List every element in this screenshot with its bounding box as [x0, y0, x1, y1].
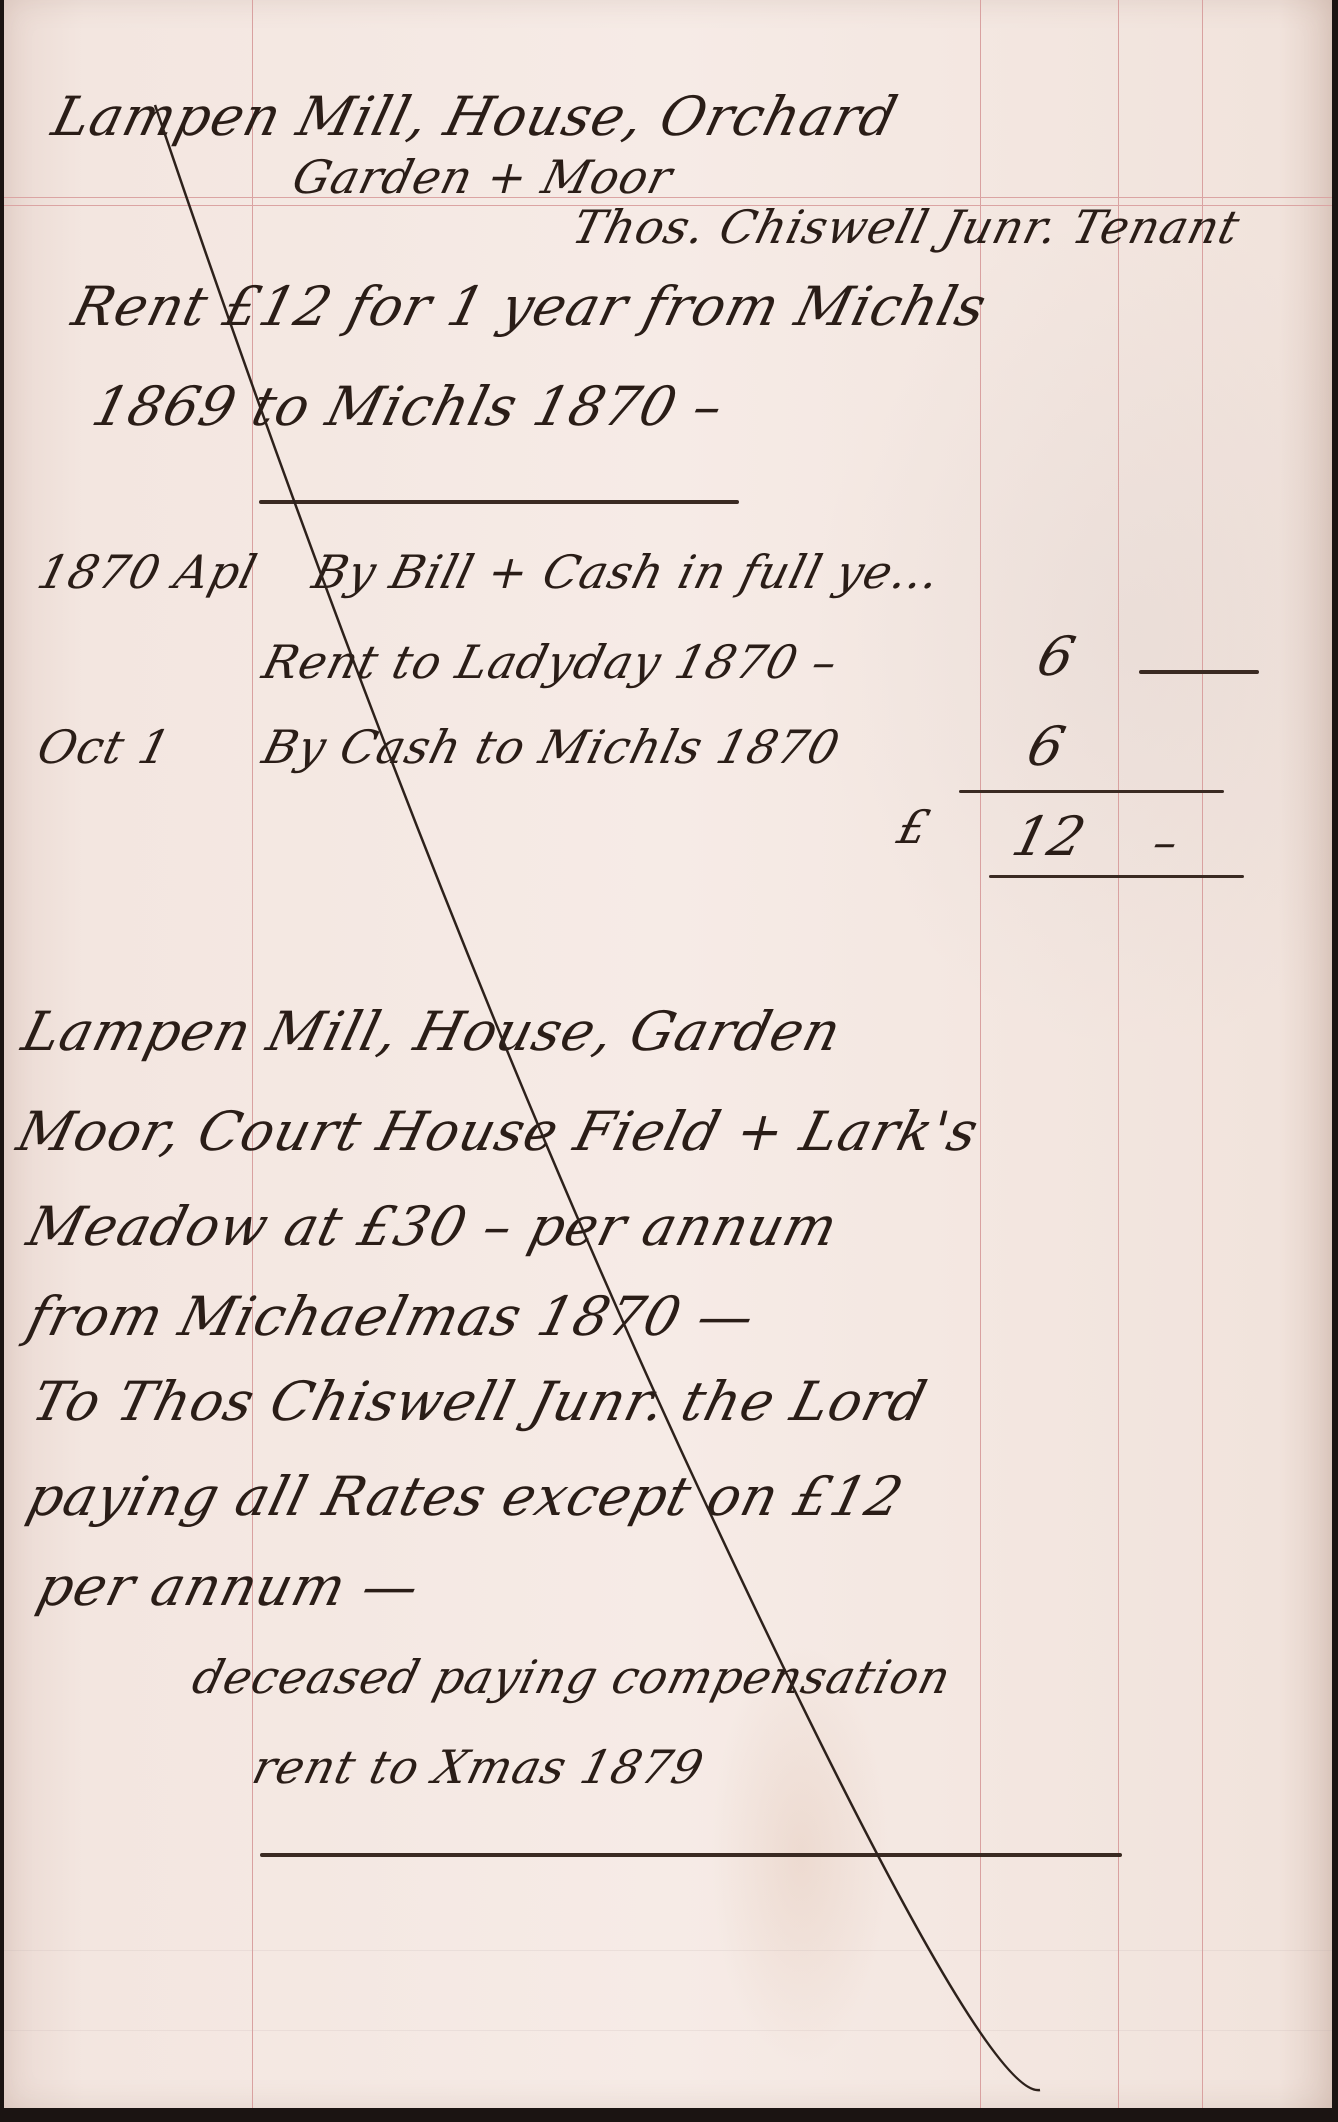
- cancellation-stroke: [4, 0, 1332, 2108]
- ledger-page: Lampen Mill, House, Orchard Garden + Moo…: [4, 0, 1332, 2108]
